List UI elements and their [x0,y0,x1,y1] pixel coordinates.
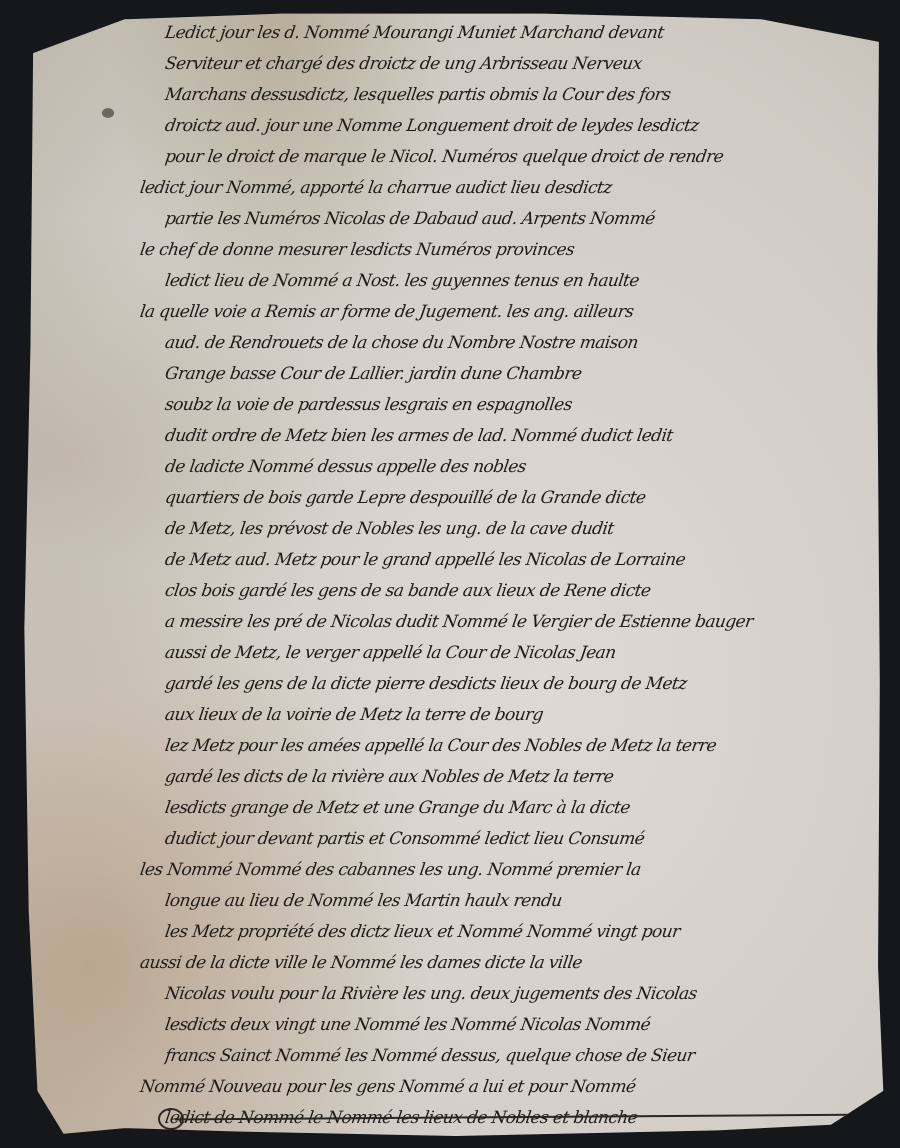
text-line-35: Nommé Nouveau pour les gens Nommé a lui … [138,1072,897,1103]
text-line-18: de Metz aud. Metz pour le grand appellé … [163,545,897,576]
text-line-4: droictz aud. jour une Nomme Longuement d… [163,111,897,142]
text-line-33: lesdicts deux vingt une Nommé les Nommé … [163,1010,897,1041]
text-line-31: aussi de la dicte ville le Nommé les dam… [138,948,897,979]
text-line-23: aux lieux de la voirie de Metz la terre … [163,700,897,731]
text-line-11: aud. de Rendrouets de la chose du Nombre… [163,328,897,359]
text-line-17: de Metz, les prévost de Nobles les ung. … [163,514,897,545]
text-line-5: pour le droict de marque le Nicol. Numér… [163,142,897,173]
text-line-25: gardé les dicts de la rivière aux Nobles… [163,762,897,793]
text-line-34: francs Sainct Nommé les Nommé dessus, qu… [163,1041,897,1072]
text-line-24: lez Metz pour les amées appellé la Cour … [163,731,897,762]
text-line-26: lesdicts grange de Metz et une Grange du… [163,793,897,824]
text-line-10: la quelle voie a Remis ar forme de Jugem… [138,297,897,328]
text-line-27: dudict jour devant partis et Consommé le… [163,824,897,855]
text-line-9: ledict lieu de Nommé a Nost. les guyenne… [163,266,897,297]
text-line-30: les Metz propriété des dictz lieux et No… [163,917,897,948]
text-line-14: dudit ordre de Metz bien les armes de la… [163,421,897,452]
text-line-12: Grange basse Cour de Lallier. jardin dun… [163,359,897,390]
text-line-6: ledict jour Nommé, apporté la charrue au… [138,173,897,204]
manuscript-page: Ledict jour les d. Nommé Mourangi Muniet… [20,8,892,1136]
handwritten-text-block: Ledict jour les d. Nommé Mourangi Muniet… [165,18,895,1134]
text-line-22: gardé les gens de la dicte pierre desdic… [163,669,897,700]
text-line-28: les Nommé Nommé des cabannes les ung. No… [138,855,897,886]
text-line-8: le chef de donne mesurer lesdicts Numéro… [138,235,897,266]
text-line-1: Ledict jour les d. Nommé Mourangi Muniet… [163,18,897,49]
ink-stain [102,108,114,118]
text-line-32: Nicolas voulu pour la Rivière les ung. d… [163,979,897,1010]
text-line-7: partie les Numéros Nicolas de Dabaud aud… [163,204,897,235]
text-line-21: aussi de Metz, le verger appellé la Cour… [163,638,897,669]
text-line-19: clos bois gardé les gens de sa bande aux… [163,576,897,607]
text-line-15: de ladicte Nommé dessus appelle des nobl… [163,452,897,483]
text-line-3: Marchans dessusdictz, lesquelles partis … [163,80,897,111]
text-line-2: Serviteur et chargé des droictz de ung A… [163,49,897,80]
text-line-16: quartiers de bois garde Lepre despouillé… [163,483,897,514]
text-line-20: a messire les pré de Nicolas dudit Nommé… [163,607,897,638]
text-line-29: longue au lieu de Nommé les Martin haulx… [163,886,897,917]
text-line-13: soubz la voie de pardessus lesgrais en e… [163,390,897,421]
